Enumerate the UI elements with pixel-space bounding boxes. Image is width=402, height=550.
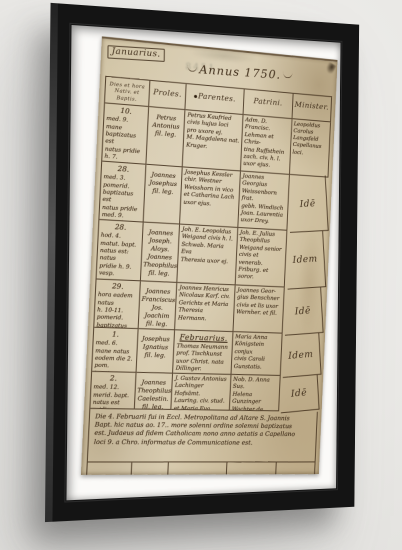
table-row-date: 10.med. 9. mane baptizatus est natus pri…	[102, 103, 148, 164]
table-row-proles: Joannes Josephus fil. leg.	[143, 165, 183, 225]
table-row-patrini: Joannes Georgius Weissenborn frat. gebh.…	[238, 171, 289, 230]
flourish-icon	[187, 63, 197, 72]
bottom-note: Die 4. Februarii fui in Eccl. Metropolit…	[88, 409, 318, 463]
table-row-date: 28.med. 3. pomerid. baptizatus est natus…	[99, 162, 146, 223]
table-row-patrini: Joannes Geor- gius Benschner civis et li…	[233, 285, 284, 333]
table-row-patrini: Nob. D. Anna Sus. Helena Gunzinger Wacht…	[230, 375, 280, 411]
table-row-minister: Idem	[284, 231, 326, 290]
table-row-parentes: Februarius.Thomas Neumann prof. Tischkun…	[173, 330, 233, 375]
table-row-minister: Idem	[280, 333, 321, 378]
table-row-patrini: Joh. E. Julius Theophilus Weigand senior…	[236, 228, 287, 288]
column-header-parentes-text: Parentes.	[198, 91, 236, 103]
year-heading-text: Annus 1750.	[199, 62, 281, 81]
table-row-date: 1.med. 6. mane natus eodem die 2. pom. b…	[92, 328, 138, 373]
column-header-minister: Minister.	[292, 94, 332, 123]
february-month-header: Februarius.	[177, 332, 231, 343]
table-row-date: 28.hod. 4. matut. bapt. natus est: natus…	[97, 220, 144, 281]
table-row-date: 2.med. 12. merid. bapt. natus est pridie…	[90, 372, 136, 410]
month-label: Januarius.	[107, 45, 164, 62]
table-row-proles: Joannes Theophilus Caelestin. fil. leg.	[134, 373, 173, 410]
entry-day: 2.	[94, 374, 133, 384]
table-row-parentes: Petrus Kaufried civis hujus loci pro uxo…	[183, 110, 243, 171]
year-heading: Annus 1750.	[185, 61, 294, 82]
table-row-date: 29.hora eadem natus h. 10-11. pomerid. b…	[94, 279, 140, 329]
table-row-patrini: Maria Anna Königstein conjux civis Carol…	[231, 332, 282, 376]
entry-date-note: med. 3. pomerid. baptizatus est natus pr…	[101, 174, 137, 222]
framed-artwork: Januarius. 8451 Annus 1750. Dies et hora…	[45, 3, 359, 522]
parentes-text: Thomas Neumann prof. Tischkunst uxor Chr…	[175, 343, 227, 372]
table-row-parentes: Joh. E. Leopoldus Weigand civis h. l. Sc…	[178, 225, 239, 286]
table-row-proles: Joannes Franciscus Jos. Joachim fil. leg…	[138, 281, 177, 330]
entry-date-note: med. 6. mane natus eodem die 2. pom. bap…	[94, 340, 133, 372]
table-row-minister: Idē	[282, 287, 324, 336]
table-row-parentes: J. Gustav Antonius Lachinger Hofsämt. La…	[172, 374, 232, 411]
column-header-dies: Dies et hora Nativ. et Baptis.	[105, 77, 150, 107]
flourish-icon	[282, 70, 292, 78]
entry-date-note: med. 12. merid. bapt. natus est pridie h…	[91, 385, 129, 410]
table-row-proles: Joannes Joseph. Aloys. Joannes Theophilu…	[140, 223, 180, 283]
entry-date-note: hora eadem natus h. 10-11. pomerid. bapt…	[96, 292, 133, 329]
entry-date-note: med. 9. mane baptizatus est natus pridie…	[104, 116, 140, 165]
empty-cell	[87, 462, 132, 474]
picture-frame: Januarius. 8451 Annus 1750. Dies et hora…	[45, 3, 359, 522]
baptismal-register-table: Dies et hora Nativ. et Baptis. Proles. P…	[86, 76, 332, 475]
table-row-proles: Josephus Ignatius fil. leg.	[136, 329, 175, 374]
column-header-proles: Proles.	[149, 81, 187, 110]
entry-day: 29.	[98, 282, 137, 293]
empty-cell	[227, 462, 276, 474]
entry-date-note: hod. 4. matut. bapt. natus est: natus pr…	[99, 233, 137, 278]
entry-day: 1.	[96, 330, 135, 341]
table-row-parentes: Josephus Kessler chir. Westner Weisshorn…	[180, 167, 241, 228]
manuscript-page: Januarius. 8451 Annus 1750. Dies et hora…	[81, 36, 338, 474]
table-row-patrini: Adm. D. Francisc. Lehman et Chris- tina …	[241, 115, 292, 175]
empty-cell	[276, 462, 316, 474]
table-row-minister: Leopoldus Carolus Langsfeld Capellanus l…	[289, 119, 330, 177]
table-row-minister: Idē	[287, 175, 329, 232]
ink-blot-icon	[194, 94, 197, 97]
table-row-parentes: Joannes Henricus Nicolaus Karf. civ. Ger…	[175, 283, 235, 332]
empty-cell	[131, 462, 169, 474]
column-header-patrini: Patrini.	[243, 89, 293, 119]
empty-cell	[169, 462, 228, 474]
table-row-proles: Petrus Antonius fil. leg.	[146, 107, 186, 167]
mat-board: Januarius. 8451 Annus 1750. Dies et hora…	[66, 25, 340, 500]
table-row-minister: Idē	[279, 375, 320, 414]
